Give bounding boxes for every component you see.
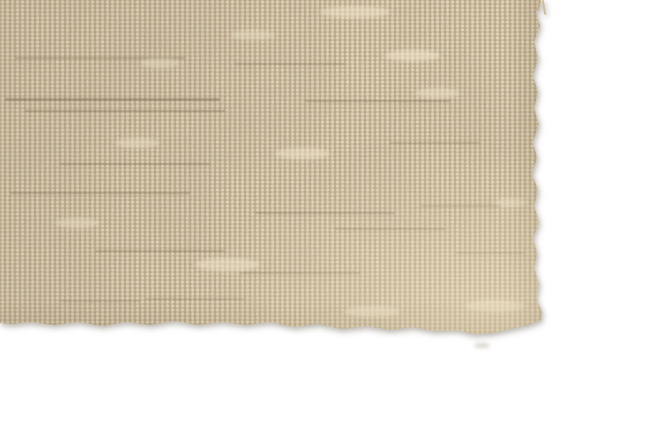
rug-edge-shading bbox=[0, 0, 546, 338]
rug-fabric bbox=[0, 0, 546, 338]
photo-canvas bbox=[0, 0, 650, 433]
loose-thread bbox=[542, 0, 546, 15]
floor-shadow-smudge bbox=[474, 343, 490, 348]
rug-photo bbox=[0, 0, 546, 338]
